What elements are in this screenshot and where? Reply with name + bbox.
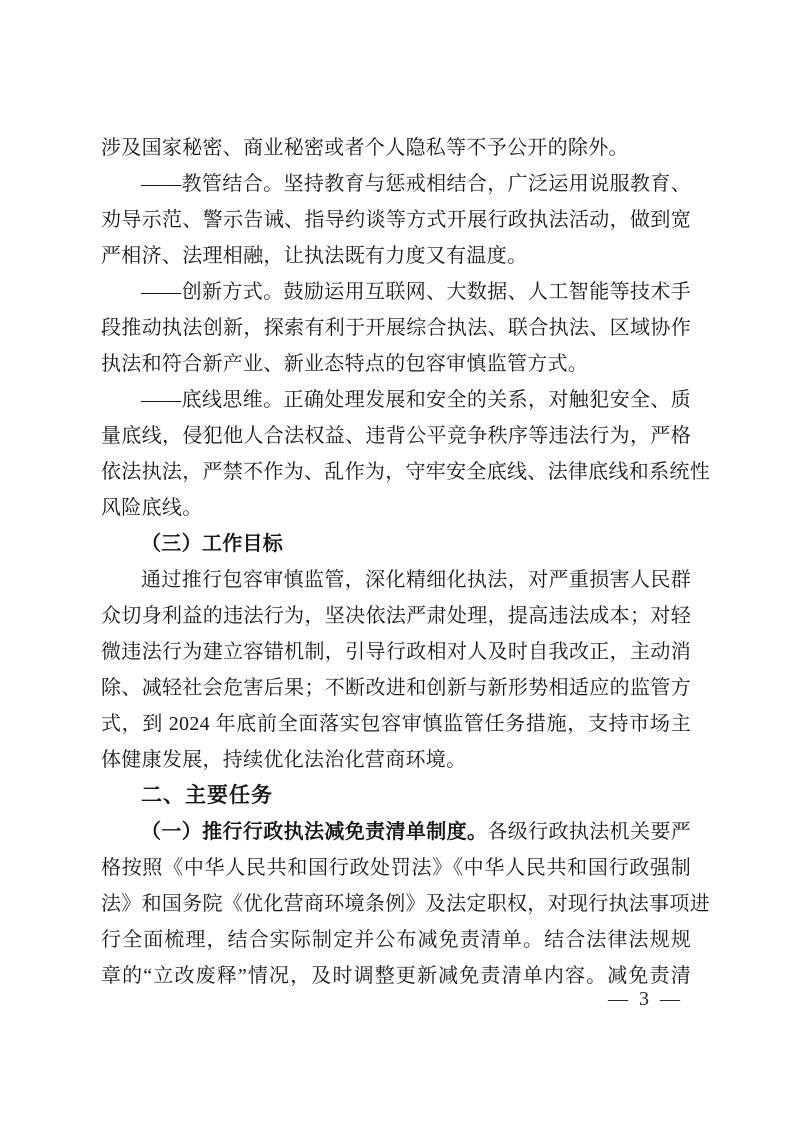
text-line: 量底线，侵犯他人合法权益、违背公平竞争秩序等违法行为，严格	[101, 418, 691, 454]
section-heading: 二、主要任务	[101, 778, 691, 814]
document-page: 涉及国家秘密、商业秘密或者个人隐私等不予公开的除外。 ——教管结合。坚持教育与惩…	[0, 0, 793, 1122]
page-number: — 3 —	[608, 986, 680, 1012]
subsection-heading: （三）工作目标	[101, 526, 691, 562]
text-line: 章的“立改废释”情况，及时调整更新减免责清单内容。减免责清	[101, 958, 691, 994]
text-line: ——创新方式。鼓励运用互联网、大数据、人工智能等技术手	[101, 274, 691, 310]
text-line: 劝导示范、警示告诫、指导约谈等方式开展行政执法活动，做到宽	[101, 202, 691, 238]
text-line: 除、减轻社会危害后果；不断改进和创新与新形势相适应的监管方	[101, 670, 691, 706]
text-line: 执法和符合新产业、新业态特点的包容审慎监管方式。	[101, 346, 691, 382]
text-line: 严相济、法理相融，让执法既有力度又有温度。	[101, 238, 691, 274]
text-line: 式，到 2024 年底前全面落实包容审慎监管任务措施，支持市场主	[101, 706, 691, 742]
text-line: 通过推行包容审慎监管，深化精细化执法，对严重损害人民群	[101, 562, 691, 598]
text-line: 众切身利益的违法行为，坚决依法严肃处理，提高违法成本；对轻	[101, 598, 691, 634]
document-body: 涉及国家秘密、商业秘密或者个人隐私等不予公开的除外。 ——教管结合。坚持教育与惩…	[101, 130, 691, 994]
text-line-rest: 各级行政执法机关要严	[487, 821, 691, 843]
paragraph-lead: （一）推行行政执法减免责清单制度。	[141, 821, 487, 843]
text-line: 法》和国务院《优化营商环境条例》及法定职权，对现行执法事项进	[101, 886, 691, 922]
text-line: ——教管结合。坚持教育与惩戒相结合，广泛运用说服教育、	[101, 166, 691, 202]
text-line: 微违法行为建立容错机制，引导行政相对人及时自我改正，主动消	[101, 634, 691, 670]
text-line: 体健康发展，持续优化法治化营商环境。	[101, 742, 691, 778]
text-line: ——底线思维。正确处理发展和安全的关系，对触犯安全、质	[101, 382, 691, 418]
text-line: 格按照《中华人民共和国行政处罚法》《中华人民共和国行政强制	[101, 850, 691, 886]
text-line: （一）推行行政执法减免责清单制度。各级行政执法机关要严	[101, 814, 691, 850]
text-line: 行全面梳理，结合实际制定并公布减免责清单。结合法律法规规	[101, 922, 691, 958]
text-line: 依法执法，严禁不作为、乱作为，守牢安全底线、法律底线和系统性	[101, 454, 691, 490]
text-line: 风险底线。	[101, 490, 691, 526]
text-line: 涉及国家秘密、商业秘密或者个人隐私等不予公开的除外。	[101, 130, 691, 166]
text-line: 段推动执法创新，探索有利于开展综合执法、联合执法、区域协作	[101, 310, 691, 346]
